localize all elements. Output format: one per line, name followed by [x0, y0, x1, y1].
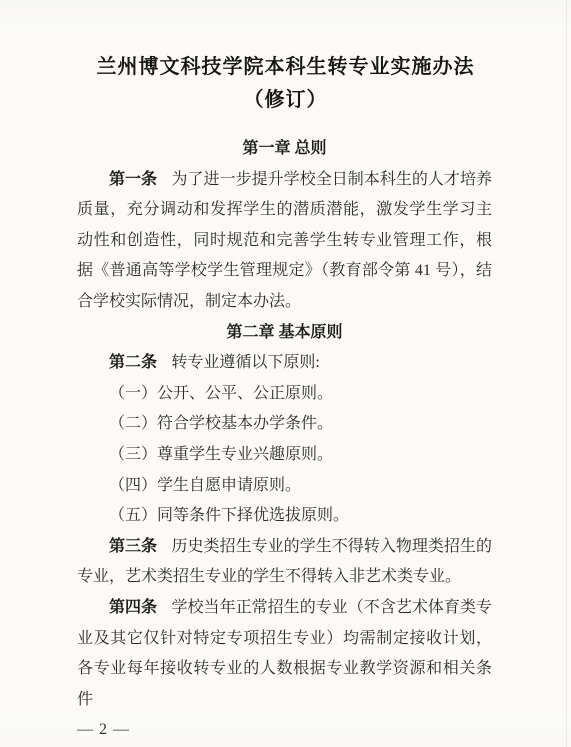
title-line-1: 兰州博文科技学院本科生转专业实施办法 [0, 51, 571, 84]
article-2-label: 第二条 [109, 354, 157, 371]
article-3: 第三条历史类招生专业的学生不得转入物理类招生的专业，艺术类招生专业的学生不得转入… [77, 532, 492, 593]
principle-item-4: （四）学生自愿申请原则。 [77, 471, 492, 502]
article-1: 第一条为了进一步提升学校全日制本科生的人才培养质量，充分调动和发挥学生的潜质潜能… [77, 165, 492, 318]
document-page: 兰州博文科技学院本科生转专业实施办法 （修订） 第一章 总则 第一条为了进一步提… [0, 0, 571, 747]
principle-item-1: （一）公开、公平、公正原则。 [77, 379, 492, 410]
principle-item-5: （五）同等条件下择优选拔原则。 [77, 501, 492, 532]
article-3-label: 第三条 [109, 538, 157, 555]
article-4: 第四条学校当年正常招生的专业（不含艺术体育类专业及其它仅针对特定专项招生专业）均… [77, 593, 492, 715]
title-line-2: （修订） [0, 84, 571, 117]
article-1-text: 为了进一步提升学校全日制本科生的人才培养质量，充分调动和发挥学生的潜质潜能，激发… [77, 171, 492, 310]
document-body: 第一章 总则 第一条为了进一步提升学校全日制本科生的人才培养质量，充分调动和发挥… [77, 134, 492, 746]
article-1-label: 第一条 [109, 171, 157, 188]
scan-edge-line [566, 0, 567, 747]
document-title: 兰州博文科技学院本科生转专业实施办法 （修订） [0, 0, 571, 117]
article-4-label: 第四条 [109, 599, 157, 616]
chapter-1-heading: 第一章 总则 [77, 134, 492, 165]
principle-item-3: （三）尊重学生专业兴趣原则。 [77, 440, 492, 471]
chapter-2-heading: 第二章 基本原则 [77, 318, 492, 349]
principle-item-2: （二）符合学校基本办学条件。 [77, 409, 492, 440]
page-number: — 2 — [77, 715, 492, 746]
article-2: 第二条转专业遵循以下原则: [77, 348, 492, 379]
article-2-text: 转专业遵循以下原则: [171, 354, 319, 371]
